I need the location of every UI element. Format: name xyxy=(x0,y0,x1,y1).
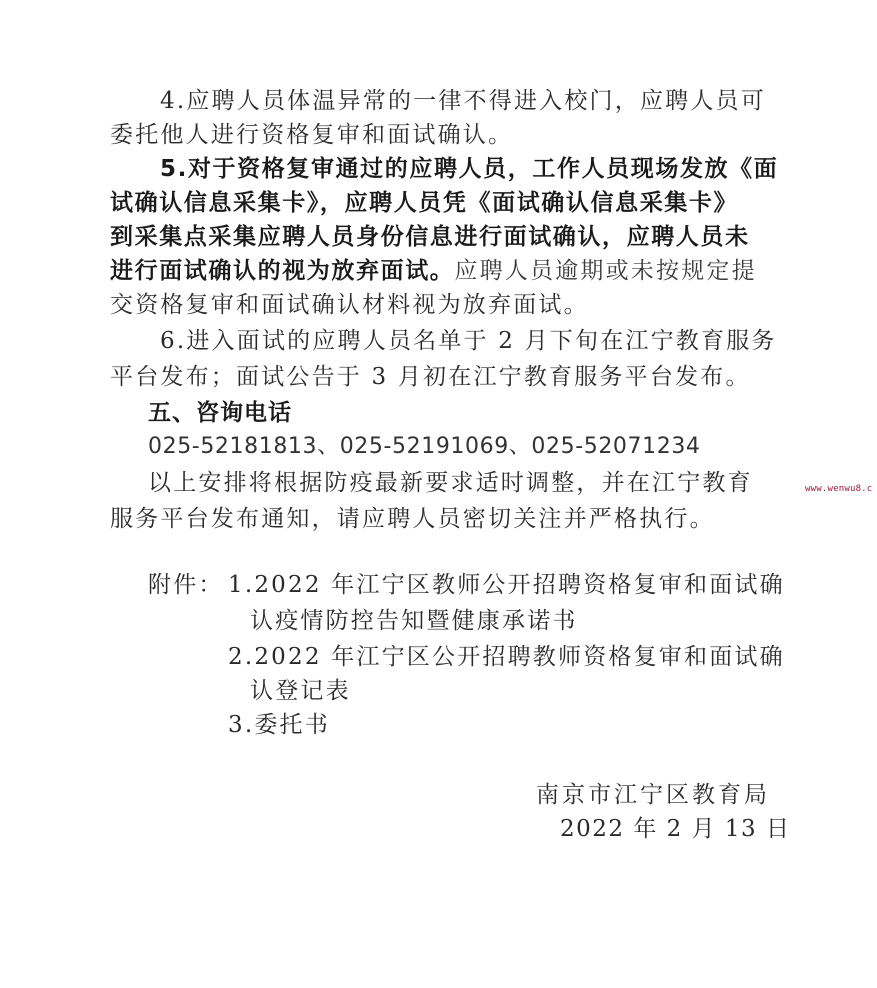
signature-date: 2022 年 2 月 13 日 xyxy=(560,812,791,846)
item5-line4-normal: 应聘人员逾期或未按规定提 xyxy=(454,258,756,284)
item6-line1: 6.进入面试的应聘人员名单于 2 月下旬在江宁教育服务 xyxy=(160,324,777,358)
section-heading-consultation: 五、咨询电话 xyxy=(148,396,292,430)
document-page: 4.应聘人员体温异常的一律不得进入校门，应聘人员可 委托他人进行资格复审和面试确… xyxy=(0,0,877,988)
closing-line2: 服务平台发布通知，请应聘人员密切关注并严格执行。 xyxy=(110,502,715,536)
watermark-text: www.wenwu8.c xyxy=(805,484,872,494)
item5-line3: 到采集点采集应聘人员身份信息进行面试确认，应聘人员未 xyxy=(110,220,750,254)
attachment-2-line2: 认登记表 xyxy=(250,674,351,708)
attachment-2-line1: 2.2022 年江宁区公开招聘教师资格复审和面试确 xyxy=(228,640,785,674)
item4-line2: 委托他人进行资格复审和面试确认。 xyxy=(110,118,513,152)
signature-organization: 南京市江宁区教育局 xyxy=(536,778,770,812)
item5-line4-bold: 进行面试确认的视为放弃面试。 xyxy=(110,258,454,284)
item5-line5: 交资格复审和面试确认材料视为放弃面试。 xyxy=(110,288,589,322)
attachment-1-line1: 1.2022 年江宁区教师公开招聘资格复审和面试确 xyxy=(228,568,785,602)
phone-numbers: 025-52181813、025-52191069、025-52071234 xyxy=(148,430,701,464)
closing-line1: 以上安排将根据防疫最新要求适时调整，并在江宁教育 xyxy=(148,466,753,500)
attachment-3-line1: 3.委托书 xyxy=(228,708,330,742)
item4-line1: 4.应聘人员体温异常的一律不得进入校门，应聘人员可 xyxy=(160,84,766,118)
attachment-1-line2: 认疫情防控告知暨健康承诺书 xyxy=(250,604,578,638)
item5-line4: 进行面试确认的视为放弃面试。应聘人员逾期或未按规定提 xyxy=(110,254,757,288)
item5-line1: 5.对于资格复审通过的应聘人员，工作人员现场发放《面 xyxy=(160,152,778,186)
item6-line2: 平台发布；面试公告于 3 月初在江宁教育服务平台发布。 xyxy=(110,360,751,394)
attachments-label: 附件： xyxy=(148,568,224,602)
item5-line2: 试确认信息采集卡》，应聘人员凭《面试确认信息采集卡》 xyxy=(110,186,738,220)
